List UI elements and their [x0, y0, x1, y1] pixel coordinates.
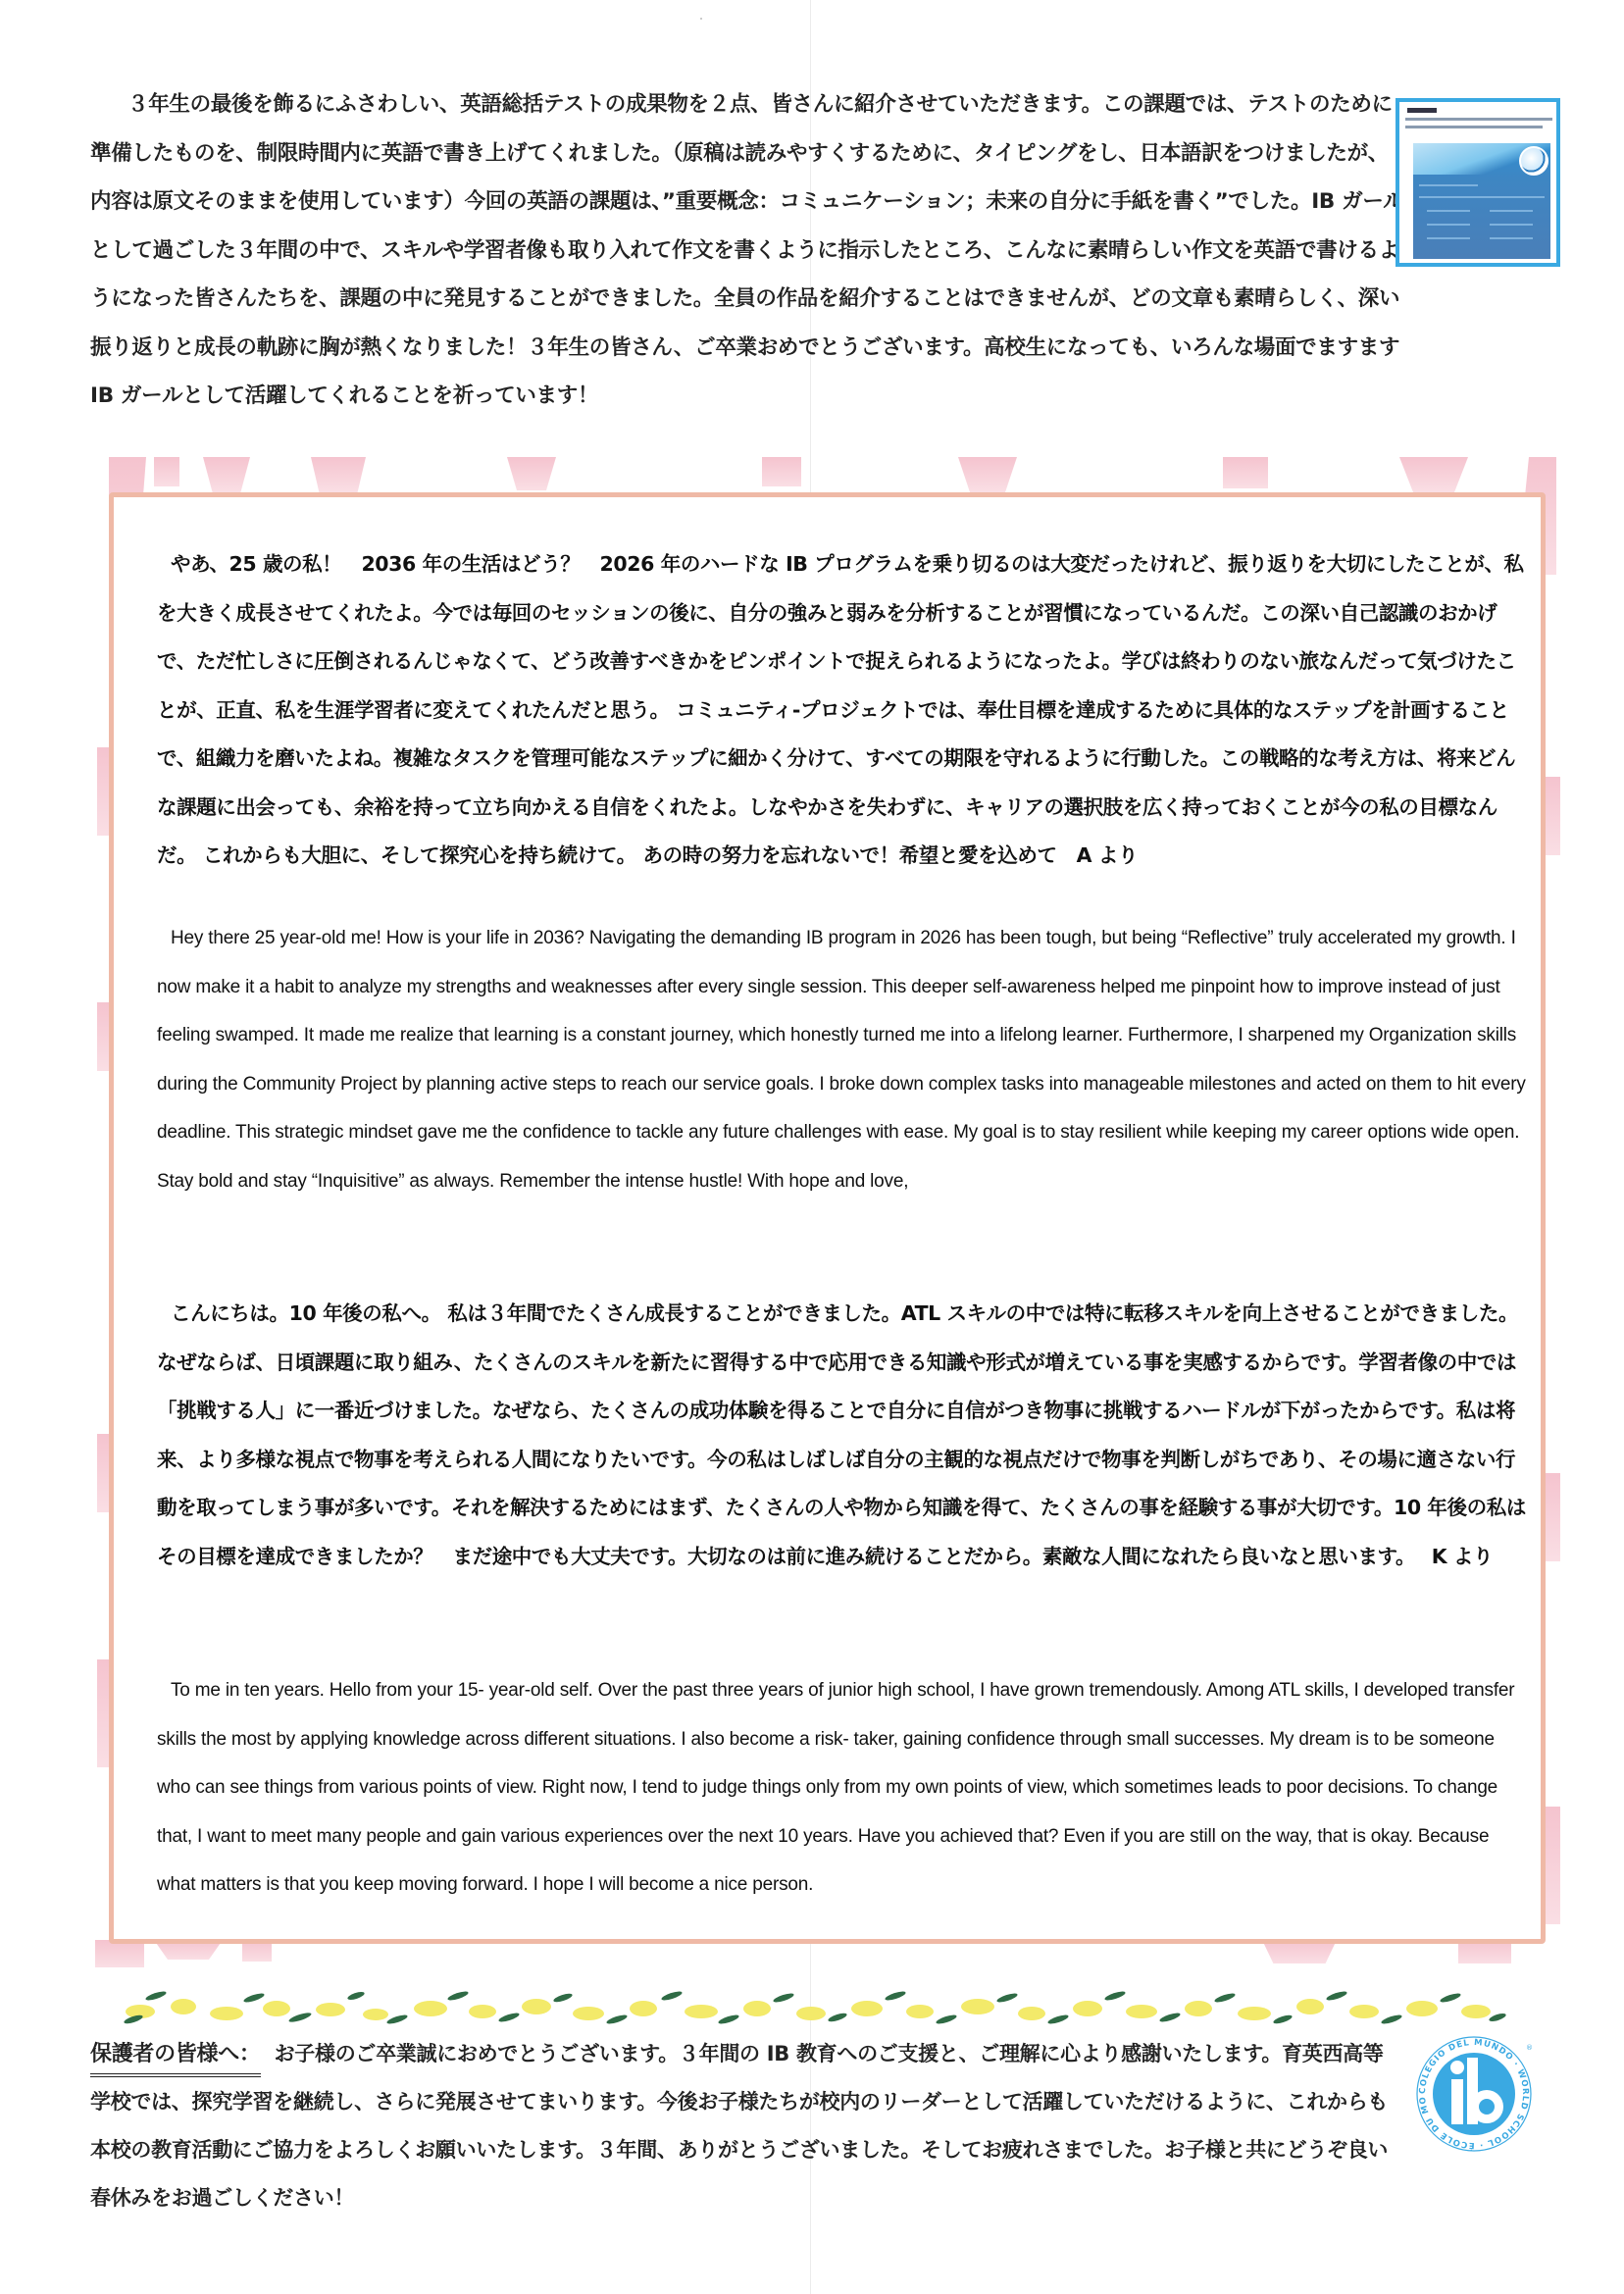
flower-garland-divider: [116, 1991, 1508, 2024]
essay-frame-border: やあ、25 歳の私！ 2036 年の生活はどう？ 2026 年のハードな IB …: [109, 492, 1546, 1944]
globe-icon: [1519, 146, 1548, 176]
intro-paragraph: ３年生の最後を飾るにふさわしい、英語総括テストの成果物を２点、皆さんに紹介させて…: [90, 80, 1404, 421]
newsletter-thumbnail-icon: [1396, 98, 1560, 267]
letter-a-english-text: Hey there 25 year-old me! How is your li…: [157, 914, 1530, 1205]
svg-text:®: ®: [1526, 2044, 1533, 2052]
letter-k-english: To me in ten years. Hello from your 15- …: [157, 1666, 1530, 1910]
scan-artifact: [700, 18, 702, 20]
letter-a-japanese: やあ、25 歳の私！ 2036 年の生活はどう？ 2026 年のハードな IB …: [157, 540, 1530, 881]
letter-k-japanese: こんにちは。10 年後の私へ。 私は３年間でたくさん成長することができました。A…: [157, 1290, 1530, 1581]
ib-world-school-logo-icon: COLEGIO DEL MUNDO · WORLD SCHOOL · ÉCOLE…: [1410, 2030, 1538, 2158]
intro-section: ３年生の最後を飾るにふさわしい、英語総括テストの成果物を２点、皆さんに紹介させて…: [90, 80, 1527, 421]
essay-frame: やあ、25 歳の私！ 2036 年の生活はどう？ 2026 年のハードな IB …: [95, 453, 1561, 1962]
parents-message: お子様のご卒業誠におめでとうございます。３年間の IB 教育へのご支援と、ご理解…: [90, 2042, 1388, 2210]
letter-a-english: Hey there 25 year-old me! How is your li…: [157, 914, 1530, 1205]
letter-k-japanese-text: こんにちは。10 年後の私へ。 私は３年間でたくさん成長することができました。A…: [157, 1290, 1530, 1581]
parents-message-section: 保護者の皆様へ：お子様のご卒業誠におめでとうございます。３年間の IB 教育への…: [90, 2030, 1395, 2222]
parents-heading: 保護者の皆様へ：: [90, 2038, 261, 2077]
letter-a-japanese-text: やあ、25 歳の私！ 2036 年の生活はどう？ 2026 年のハードな IB …: [157, 540, 1530, 881]
letter-k-english-text: To me in ten years. Hello from your 15- …: [157, 1666, 1530, 1910]
